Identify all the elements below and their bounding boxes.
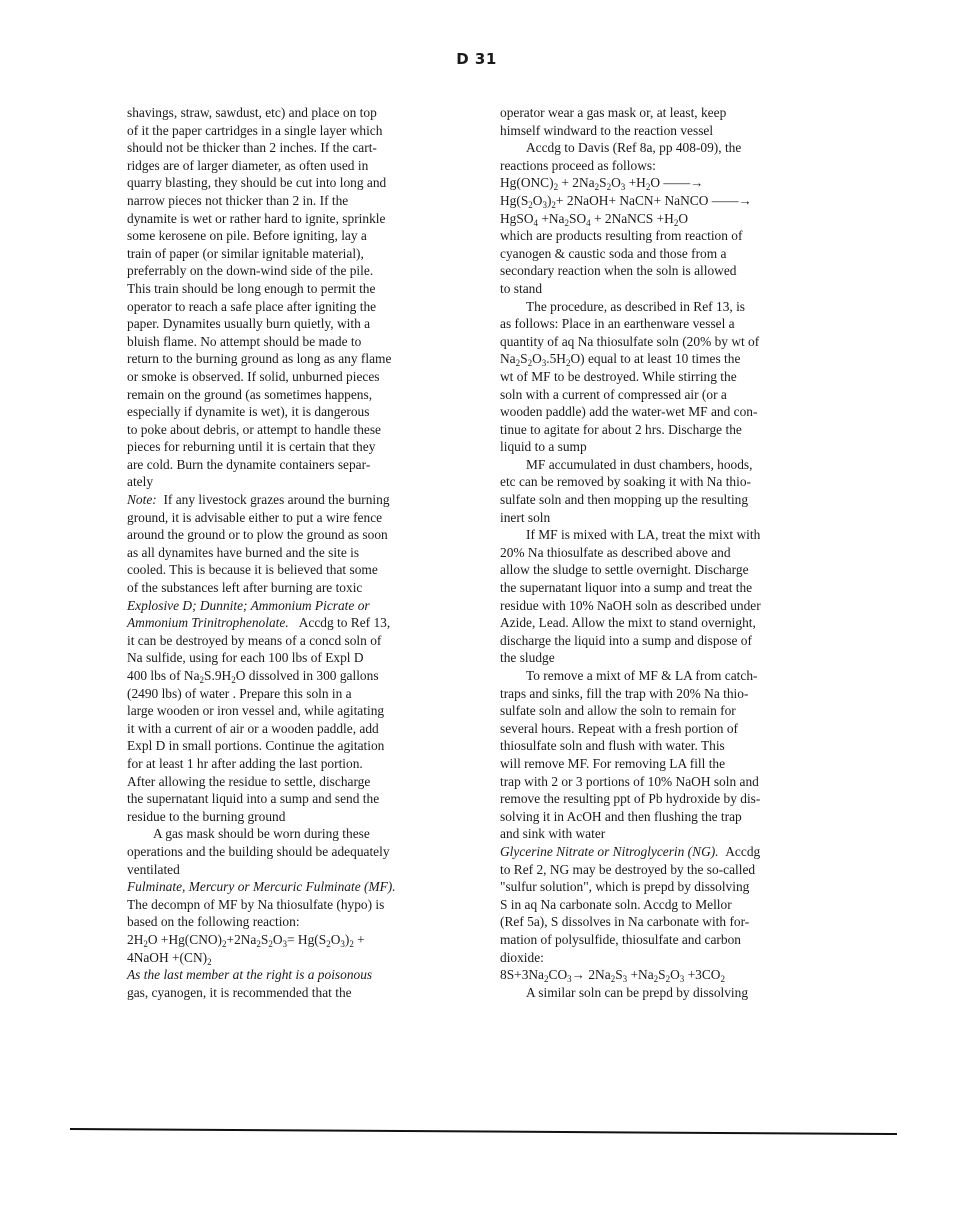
text-line: A gas mask should be worn during these: [127, 825, 457, 843]
text-line: to poke about debris, or attempt to hand…: [127, 421, 457, 439]
reaction-equation: 2H2O +Hg(CNO)2+2Na2S2O3= Hg(S2O3)2 +: [127, 931, 457, 949]
note-label: Note:: [127, 492, 157, 507]
footer-horizontal-rule: [70, 1128, 897, 1135]
formula-line: 400 lbs of Na2S.9H2O dissolved in 300 ga…: [127, 667, 457, 685]
text-line: return to the burning ground as long as …: [127, 350, 457, 368]
text-line: of it the paper cartridges in a single l…: [127, 122, 457, 140]
text-line: ventilated: [127, 861, 457, 879]
text-line: discharge the liquid into a sump and dis…: [500, 632, 830, 650]
text-line: (Ref 5a), S dissolves in Na carbonate wi…: [500, 913, 830, 931]
text-line: operations and the building should be ad…: [127, 843, 457, 861]
text-line: around the ground or to plow the ground …: [127, 526, 457, 544]
page-number-header: D 31: [0, 50, 953, 68]
text-line: "sulfur solution", which is prepd by dis…: [500, 878, 830, 896]
text-line: should not be thicker than 2 inches. If …: [127, 139, 457, 157]
text-line: Accdg to Davis (Ref 8a, pp 408-09), the: [500, 139, 830, 157]
reaction-equation: Hg(S2O3)2+ 2NaOH+ NaCN+ NaNCO ——→: [500, 192, 830, 210]
text-fragment: Accdg: [725, 844, 760, 859]
text-line: The decompn of MF by Na thiosulfate (hyp…: [127, 896, 457, 914]
text-line: trap with 2 or 3 portions of 10% NaOH so…: [500, 773, 830, 791]
left-column: shavings, straw, sawdust, etc) and place…: [127, 104, 457, 1001]
text-line: bluish flame. No attempt should be made …: [127, 333, 457, 351]
text-line: wooden paddle) add the water-wet MF and …: [500, 403, 830, 421]
text-line: preferrably on the down-wind side of the…: [127, 262, 457, 280]
text-line: solving it in AcOH and then flushing the…: [500, 808, 830, 826]
text-line: remove the resulting ppt of Pb hydroxide…: [500, 790, 830, 808]
note-paragraph: Note: If any livestock grazes around the…: [127, 491, 457, 509]
text-line: operator wear a gas mask or, at least, k…: [500, 104, 830, 122]
text-line: sulfate soln and then mopping up the res…: [500, 491, 830, 509]
text-line: mation of polysulfide, thiosulfate and c…: [500, 931, 830, 949]
text-line: to stand: [500, 280, 830, 298]
text-line: residue to the burning ground: [127, 808, 457, 826]
text-line: After allowing the residue to settle, di…: [127, 773, 457, 791]
text-line: traps and sinks, fill the trap with 20% …: [500, 685, 830, 703]
text-line: gas, cyanogen, it is recommended that th…: [127, 984, 457, 1002]
text-fragment: 4NaOH +(CN): [127, 950, 207, 965]
text-line: to Ref 2, NG may be destroyed by the so-…: [500, 861, 830, 879]
text-line: dioxide:: [500, 949, 830, 967]
text-line: cooled. This is because it is believed t…: [127, 561, 457, 579]
text-line: thiosulfate soln and flush with water. T…: [500, 737, 830, 755]
text-line: shavings, straw, sawdust, etc) and place…: [127, 104, 457, 122]
reaction-equation: 8S+3Na2CO3→ 2Na2S3 +Na2S2O3 +3CO2: [500, 966, 830, 984]
text-line: ately: [127, 473, 457, 491]
text-line: Na sulfide, using for each 100 lbs of Ex…: [127, 649, 457, 667]
text-line: it with a current of air or a wooden pad…: [127, 720, 457, 738]
text-line: which are products resulting from reacti…: [500, 227, 830, 245]
text-line: soln with a current of compressed air (o…: [500, 386, 830, 404]
text-line: The procedure, as described in Ref 13, i…: [500, 298, 830, 316]
text-line: If any livestock grazes around the burni…: [163, 492, 389, 507]
text-line: Expl D in small portions. Continue the a…: [127, 737, 457, 755]
heading-text: Glycerine Nitrate or Nitroglycerin (NG).: [500, 844, 719, 859]
text-line: or smoke is observed. If solid, unburned…: [127, 368, 457, 386]
section-heading-explosive-d-cont: Ammonium Trinitrophenolate. Accdg to Ref…: [127, 614, 457, 632]
text-line: A similar soln can be prepd by dissolvin…: [500, 984, 830, 1002]
text-line: for at least 1 hr after adding the last …: [127, 755, 457, 773]
formula-line: Na2S2O3.5H2O) equal to at least 10 times…: [500, 350, 830, 368]
text-line: himself windward to the reaction vessel: [500, 122, 830, 140]
reaction-equation-cont: 4NaOH +(CN)2: [127, 949, 457, 967]
text-line: and sink with water: [500, 825, 830, 843]
text-line: This train should be long enough to perm…: [127, 280, 457, 298]
text-line: etc can be removed by soaking it with Na…: [500, 473, 830, 491]
text-line: especially if dynamite is wet), it is da…: [127, 403, 457, 421]
text-line: quantity of aq Na thiosulfate soln (20% …: [500, 333, 830, 351]
reaction-equation: HgSO4 +Na2SO4 + 2NaNCS +H2O: [500, 210, 830, 228]
text-line: dynamite is wet or rather hard to ignite…: [127, 210, 457, 228]
text-line: wt of MF to be destroyed. While stirring…: [500, 368, 830, 386]
text-fragment: 400 lbs of Na: [127, 668, 200, 683]
text-line: reactions proceed as follows:: [500, 157, 830, 175]
text-line: operator to reach a safe place after ign…: [127, 298, 457, 316]
text-line: inert soln: [500, 509, 830, 527]
text-line: MF accumulated in dust chambers, hoods,: [500, 456, 830, 474]
text-line: will remove MF. For removing LA fill the: [500, 755, 830, 773]
text-line: As the last member at the right is a poi…: [127, 966, 457, 984]
text-line: narrow pieces not thicker than 2 in. If …: [127, 192, 457, 210]
text-line: large wooden or iron vessel and, while a…: [127, 702, 457, 720]
text-fragment: S.9H: [204, 668, 231, 683]
reaction-equation: Hg(ONC)2 + 2Na2S2O3 +H2O ——→: [500, 174, 830, 192]
section-heading-explosive-d: Explosive D; Dunnite; Ammonium Picrate o…: [127, 597, 457, 615]
text-fragment: ) equal to at least 10 times the: [580, 351, 740, 366]
text-line: the sludge: [500, 649, 830, 667]
text-line: pieces for reburning until it is certain…: [127, 438, 457, 456]
text-line: (2490 lbs) of water . Prepare this soln …: [127, 685, 457, 703]
text-line: tinue to agitate for about 2 hrs. Discha…: [500, 421, 830, 439]
text-line: If MF is mixed with LA, treat the mixt w…: [500, 526, 830, 544]
text-line: ridges are of larger diameter, as often …: [127, 157, 457, 175]
text-line: are cold. Burn the dynamite containers s…: [127, 456, 457, 474]
text-line: as all dynamites have burned and the sit…: [127, 544, 457, 562]
text-line: some kerosene on pile. Before igniting, …: [127, 227, 457, 245]
text-line: Azide, Lead. Allow the mixt to stand ove…: [500, 614, 830, 632]
text-line: S in aq Na carbonate soln. Accdg to Mell…: [500, 896, 830, 914]
text-line: paper. Dynamites usually burn quietly, w…: [127, 315, 457, 333]
text-line: of the substances left after burning are…: [127, 579, 457, 597]
text-line: allow the sludge to settle overnight. Di…: [500, 561, 830, 579]
text-line: sulfate soln and allow the soln to remai…: [500, 702, 830, 720]
text-line: as follows: Place in an earthenware vess…: [500, 315, 830, 333]
text-line: remain on the ground (as sometimes happe…: [127, 386, 457, 404]
text-line: it can be destroyed by means of a concd …: [127, 632, 457, 650]
section-heading-mercury-fulminate: Fulminate, Mercury or Mercuric Fulminate…: [127, 878, 457, 896]
text-line: ground, it is advisable either to put a …: [127, 509, 457, 527]
text-line: liquid to a sump: [500, 438, 830, 456]
text-line: the supernatant liquor into a sump and t…: [500, 579, 830, 597]
text-line: the supernatant liquid into a sump and s…: [127, 790, 457, 808]
text-line: residue with 10% NaOH soln as described …: [500, 597, 830, 615]
text-line: 20% Na thiosulfate as described above an…: [500, 544, 830, 562]
text-line: To remove a mixt of MF & LA from catch-: [500, 667, 830, 685]
right-column: operator wear a gas mask or, at least, k…: [500, 104, 830, 1001]
text-line: cyanogen & caustic soda and those from a: [500, 245, 830, 263]
text-fragment: O dissolved in 300 gallons: [236, 668, 379, 683]
text-line: secondary reaction when the soln is allo…: [500, 262, 830, 280]
text-line: Accdg to Ref 13,: [299, 615, 390, 630]
text-line: based on the following reaction:: [127, 913, 457, 931]
section-heading-nitroglycerin: Glycerine Nitrate or Nitroglycerin (NG).…: [500, 843, 830, 861]
heading-text: Ammonium Trinitrophenolate.: [127, 615, 289, 630]
text-line: several hours. Repeat with a fresh porti…: [500, 720, 830, 738]
text-line: train of paper (or similar ignitable mat…: [127, 245, 457, 263]
text-line: quarry blasting, they should be cut into…: [127, 174, 457, 192]
